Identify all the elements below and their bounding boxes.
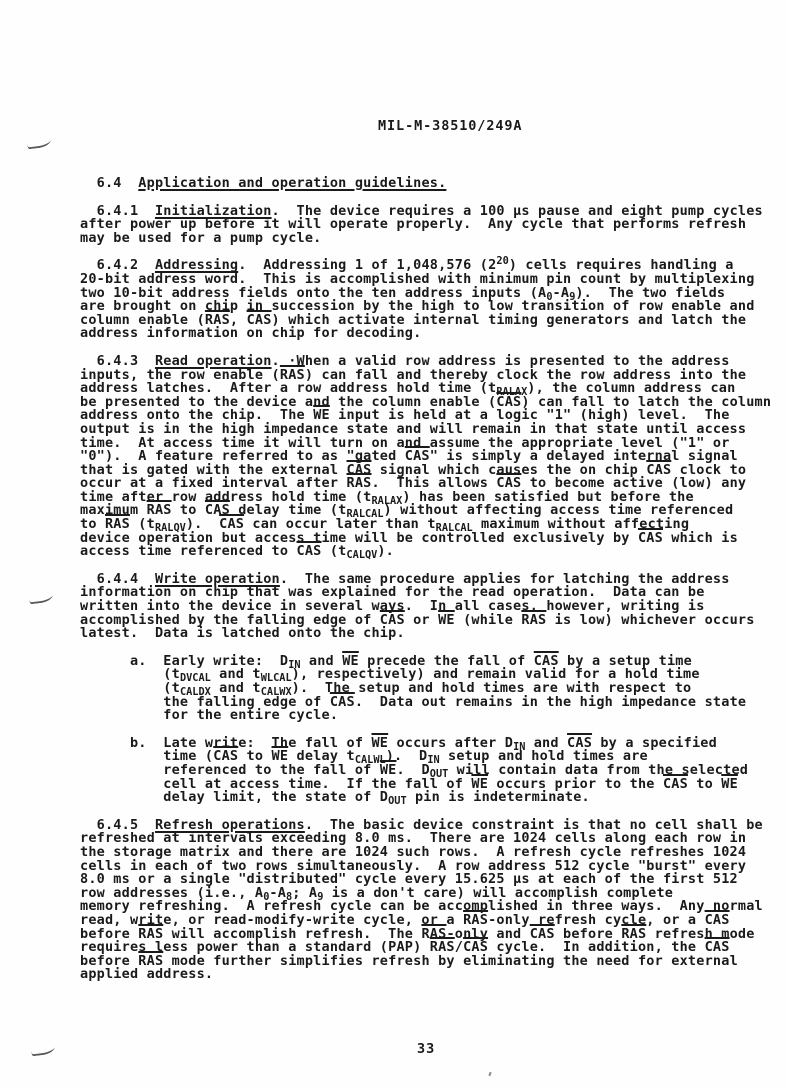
handwritten-margin-tick-icon [26, 137, 51, 150]
handwritten-margin-tick-icon [30, 1044, 55, 1057]
document-body: 6.4 Application and operation guidelines… [80, 177, 786, 982]
page-number: 33 [417, 1041, 435, 1057]
section-heading-6-4: 6.4 Application and operation guidelines… [80, 177, 786, 191]
document-number-header: MIL-M-38510/249A [378, 118, 522, 134]
para-6-4-2-addressing: 6.4.2 Addressing. Addressing 1 of 1,048,… [80, 259, 786, 341]
para-6-4-3-read-operation: 6.4.3 Read operation. ·When a valid row … [80, 355, 786, 559]
list-item-b-late-write: b. Late write: The fall of WE occurs aft… [80, 737, 786, 805]
para-6-4-4-write-operation: 6.4.4 Write operation. The same procedur… [80, 573, 786, 641]
scan-speck [488, 1072, 491, 1076]
list-item-a-early-write: a. Early write: DIN and WE precede the f… [80, 655, 786, 723]
para-6-4-5-refresh-operations: 6.4.5 Refresh operations. The basic devi… [80, 819, 786, 982]
para-6-4-1-initialization: 6.4.1 Initialization. The device require… [80, 205, 786, 246]
scanned-document-page: MIL-M-38510/249A 6.4 Application and ope… [0, 0, 786, 1088]
handwritten-margin-tick-icon [28, 592, 53, 605]
